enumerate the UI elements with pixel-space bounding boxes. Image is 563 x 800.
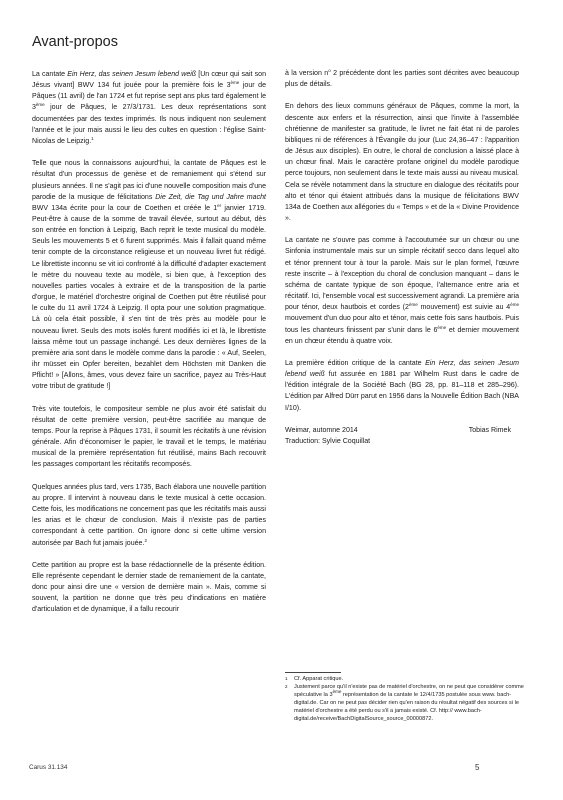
superscript: ème	[437, 325, 446, 330]
publisher-catalog-number: Carus 31.134	[29, 764, 67, 771]
text: à la version n	[285, 70, 328, 77]
footnote-divider	[285, 672, 341, 673]
footnotes: 1 Cf. Apparat critique. 2 Justement parc…	[285, 672, 525, 723]
text: mouvement) est suivie au 4	[418, 304, 511, 311]
paragraph-9: La première édition critique de la canta…	[285, 358, 519, 414]
superscript: ème	[36, 102, 45, 107]
footnote-1: 1 Cf. Apparat critique.	[285, 676, 525, 684]
footnote-ref-2[interactable]: 2	[144, 538, 147, 543]
right-column: à la version no 2 précédente dont les pa…	[285, 68, 519, 447]
text: Quelques années plus tard, vers 1735, Ba…	[32, 484, 266, 547]
place-date: Weimar, automne 2014	[285, 425, 358, 436]
work-title: Die Zeit, die Tag und Jahre macht	[155, 194, 266, 201]
footnote-text: Cf. Apparat critique.	[294, 676, 343, 684]
footnote-text: Justement parce qu'il n'existe pas de ma…	[294, 684, 525, 724]
left-column: La cantate Ein Herz, das seinen Jesum le…	[32, 69, 266, 616]
cantata-title: Ein Herz, das seinen Jesum lebend weiß	[67, 71, 196, 78]
superscript: ème	[231, 80, 240, 85]
paragraph-7: En dehors des lieux communs généraux de …	[285, 101, 519, 224]
footnote-number: 1	[285, 676, 294, 684]
superscript: ème	[409, 302, 418, 307]
text: BWV 134a écrite pour la cour de Coethen …	[32, 205, 217, 212]
text: janvier 1719. Peut-être à cause de la so…	[32, 205, 266, 391]
text: jour de Pâques, le 27/3/1731. Les deux r…	[32, 104, 266, 144]
paragraph-5: Cette partition au propre est la base ré…	[32, 560, 266, 616]
text: La cantate	[32, 71, 67, 78]
translator-credit: Traduction: Sylvie Coquillat	[285, 436, 519, 447]
author-name: Tobias Rimek	[469, 425, 519, 436]
paragraph-8: La cantate ne s'ouvre pas comme à l'acco…	[285, 235, 519, 347]
paragraph-4: Quelques années plus tard, vers 1735, Ba…	[32, 482, 266, 549]
page-title: Avant-propos	[32, 34, 118, 50]
page-number: 5	[475, 763, 479, 772]
superscript: ème	[333, 689, 342, 694]
paragraph-6: à la version no 2 précédente dont les pa…	[285, 68, 519, 90]
text: La première édition critique de la canta…	[285, 360, 425, 367]
paragraph-2: Telle que nous la connaissons aujourd'hu…	[32, 158, 266, 392]
text: La cantate ne s'ouvre pas comme à l'acco…	[285, 237, 519, 311]
paragraph-1: La cantate Ein Herz, das seinen Jesum le…	[32, 69, 266, 147]
paragraph-3: Très vite toutefois, le compositeur semb…	[32, 404, 266, 471]
footnote-ref-1[interactable]: 1	[91, 136, 94, 141]
footnote-number: 2	[285, 684, 294, 724]
signature-line: Weimar, automne 2014 Tobias Rimek	[285, 425, 519, 436]
superscript: ème	[510, 302, 519, 307]
footnote-2: 2 Justement parce qu'il n'existe pas de …	[285, 684, 525, 724]
